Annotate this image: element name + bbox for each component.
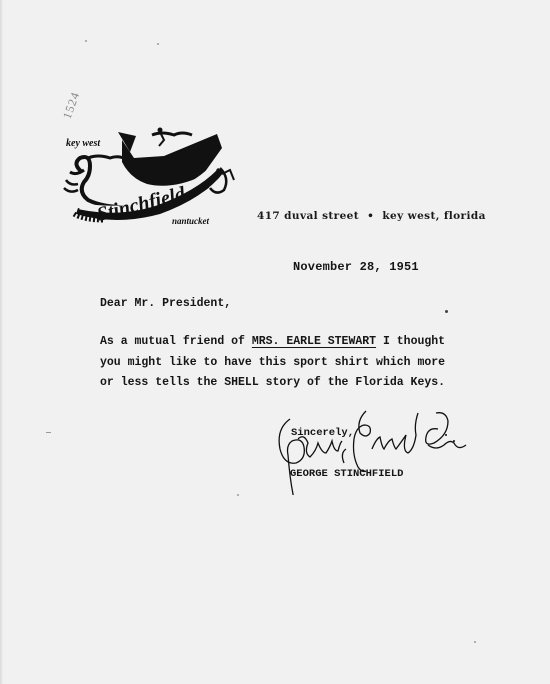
letterhead-address: 417 duval street • key west, florida xyxy=(257,210,486,222)
paper-speck xyxy=(445,310,448,313)
salutation: Dear Mr. President, xyxy=(100,297,231,310)
paper-speck xyxy=(474,641,476,643)
page-edge xyxy=(0,0,3,684)
body-line-2: you might like to have this sport shirt … xyxy=(100,356,445,369)
stinchfield-logo: key west Stinchfield nantucket xyxy=(52,118,242,228)
letter-body: As a mutual friend of MRS. EARLE STEWART… xyxy=(100,332,445,394)
whale-swan-logo-icon: key west Stinchfield nantucket xyxy=(52,118,242,228)
underlined-name: MRS. EARLE STEWART xyxy=(252,335,376,348)
paper-speck xyxy=(237,494,239,496)
body-line-3: or less tells the SHELL story of the Flo… xyxy=(100,376,445,389)
paper-speck xyxy=(157,43,159,45)
svg-text:key west: key west xyxy=(66,138,101,149)
letter-date: November 28, 1951 xyxy=(293,260,419,274)
body-line-1-prefix: As a mutual friend of xyxy=(100,335,252,348)
svg-text:nantucket: nantucket xyxy=(172,216,210,226)
signature-icon xyxy=(268,405,478,495)
body-line-1-suffix: I thought xyxy=(376,335,445,348)
paper-speck xyxy=(85,40,87,42)
paper-speck xyxy=(46,432,51,433)
